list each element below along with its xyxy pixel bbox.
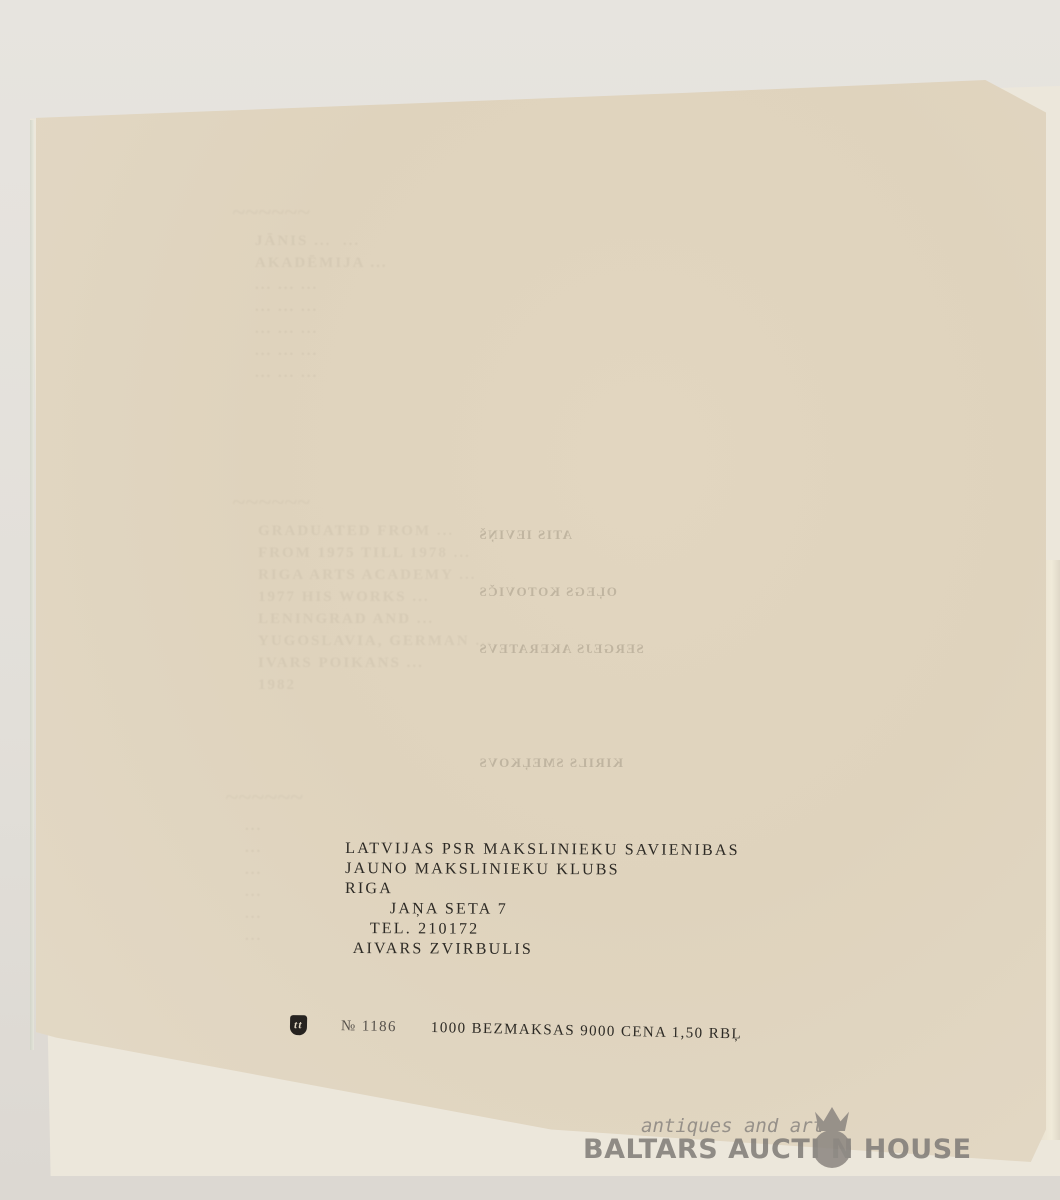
- mirrored-name: KIRILS SMEĻKOVS: [478, 753, 644, 772]
- show-through-text-block-3: ... ... ... ... ... ...: [245, 815, 262, 947]
- imprint-union: LATVIJAS PSR MAKSLINIEKU SAVIENIBAS: [345, 839, 740, 861]
- watermark-name: BALTARS AUCTI N HOUSE: [583, 1134, 972, 1165]
- mirrored-show-through-names: ATIS IEVIŅŠ OĻEGS KOTOVIČS SERGEJS AKERA…: [478, 487, 644, 791]
- imprint-address: JAŅA SETA 7: [345, 899, 740, 921]
- order-number: № 1186: [341, 1018, 397, 1036]
- publisher-imprint: LATVIJAS PSR MAKSLINIEKU SAVIENIBAS JAUN…: [345, 839, 740, 961]
- show-through-text-block-1: JĀNIS ... ... AKADĒMIJA ... ... ... ... …: [255, 230, 388, 384]
- imprint-city: RIGA: [345, 879, 740, 901]
- ghost-signature: ~~~~~~: [225, 785, 303, 812]
- mirrored-name: [478, 696, 644, 715]
- show-through-text-block-2: GRADUATED FROM ... FROM 1975 TILL 1978 .…: [258, 520, 493, 696]
- mirrored-name: SERGEJS AKERATEVS: [478, 639, 644, 658]
- mirrored-name: OĻEGS KOTOVIČS: [478, 582, 644, 601]
- imprint-person: AIVARS ZVIRBULIS: [345, 939, 740, 961]
- page-inner-edge: [30, 120, 34, 1050]
- publisher-emblem-icon: tt: [290, 1015, 307, 1035]
- imprint-club: JAUNO MAKSLINIEKU KLUBS: [345, 859, 740, 881]
- ghost-signature: ~~~~~~: [232, 490, 310, 517]
- ghost-signature: ~~~~~~: [232, 200, 310, 227]
- imprint-phone: TEL. 210172: [345, 919, 740, 941]
- mirrored-name: ATIS IEVIŅŠ: [478, 525, 644, 544]
